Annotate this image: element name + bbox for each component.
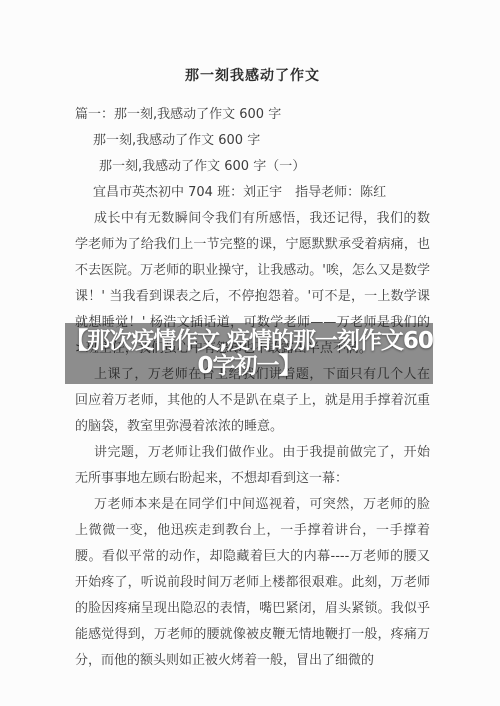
paragraph-body-3: 讲完题，万老师让我们做作业。由于我提前做完了，开始无所事事地左顾右盼起来，不想却… [75,440,430,492]
paragraph-body-4: 万老师本来是在同学们中间巡视着，可突然，万老师的脸上微微一变，他迅疾走到教台上，… [75,492,430,674]
paragraph-heading-1: 篇一：那一刻,我感动了作文 600 字 [75,102,430,128]
overlay-text-line-1: 【那次疫情作文,疫情的那一刻作文60 [65,329,433,354]
paragraph-heading-2: 那一刻,我感动了作文 600 字 [75,128,430,154]
document-title: 那一刻我感动了作文 [75,66,430,86]
document-page: 那一刻我感动了作文 篇一：那一刻,我感动了作文 600 字 那一刻,我感动了作文… [0,0,500,706]
paragraph-author-line: 宜昌市英杰初中 704 班：刘正宇 指导老师：陈红 [75,180,430,206]
paragraph-heading-3: 那一刻,我感动了作文 600 字（一） [75,154,430,180]
caption-overlay-banner: 【那次疫情作文,疫情的那一刻作文60 0字初一】 [65,323,433,384]
overlay-text-line-2: 0字初一】 [197,354,300,379]
